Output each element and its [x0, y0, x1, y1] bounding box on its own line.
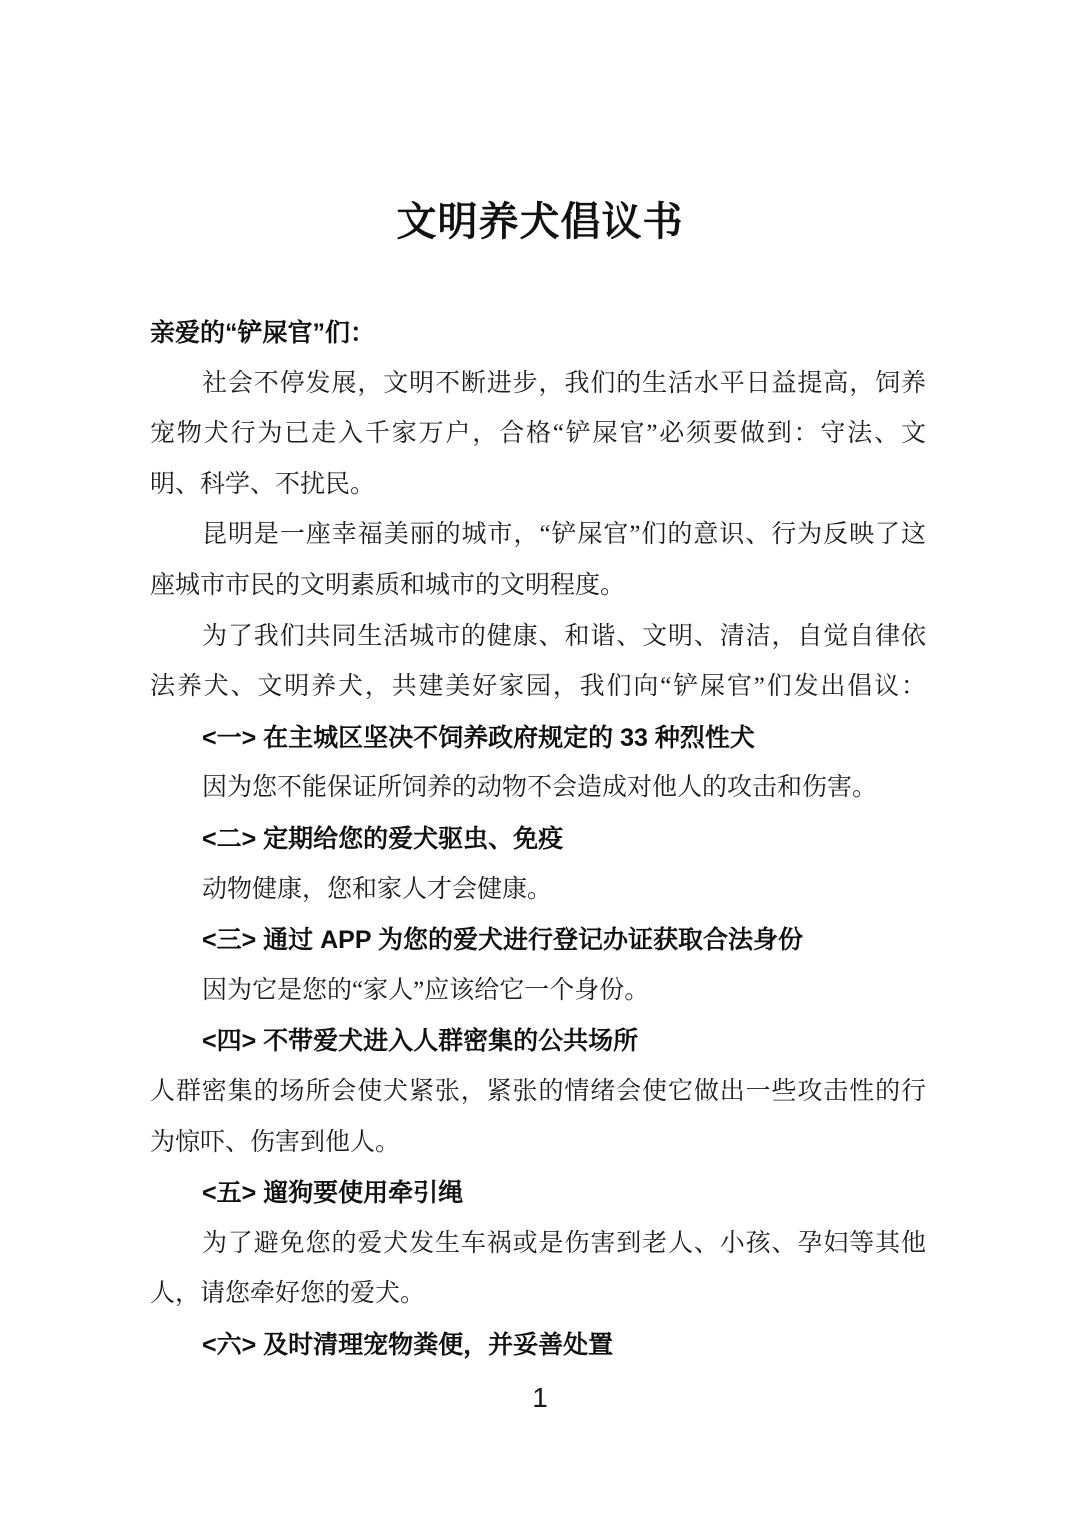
purpose-paragraph-line-2: 法养犬、文明养犬，共建美好家园，我们向“铲屎官”们发出倡议： [150, 662, 926, 713]
page-title: 文明养犬倡议书 [0, 190, 1080, 247]
intro-paragraph-line-1: 社会不停发展，文明不断进步，我们的生活水平日益提高，饲养 [150, 359, 926, 410]
proposal-4-explanation-line-1: 人群密集的场所会使犬紧张，紧张的情绪会使它做出一些攻击性的行 [150, 1067, 926, 1118]
city-paragraph-line-2: 座城市市民的文明素质和城市的文明程度。 [150, 561, 926, 612]
proposal-3-explanation: 因为它是您的“家人”应该给它一个身份。 [150, 966, 926, 1017]
proposal-heading-2: <二> 定期给您的爱犬驱虫、免疫 [150, 814, 926, 865]
proposal-5-explanation-line-1: 为了避免您的爱犬发生车祸或是伤害到老人、小孩、孕妇等其他 [150, 1219, 926, 1270]
intro-paragraph-line-2: 宠物犬行为已走入千家万户，合格“铲屎官”必须要做到：守法、文 [150, 409, 926, 460]
proposal-heading-6: <六> 及时清理宠物粪便，并妥善处置 [150, 1320, 926, 1371]
salutation-line: 亲爱的“铲屎官”们： [150, 308, 926, 359]
city-paragraph-line-1: 昆明是一座幸福美丽的城市，“铲屎官”们的意识、行为反映了这 [150, 510, 926, 561]
proposal-heading-4: <四> 不带爱犬进入人群密集的公共场所 [150, 1016, 926, 1067]
purpose-paragraph-line-1: 为了我们共同生活城市的健康、和谐、文明、清洁，自觉自律依 [150, 612, 926, 663]
document-body: 亲爱的“铲屎官”们： 社会不停发展，文明不断进步，我们的生活水平日益提高，饲养 … [150, 308, 926, 1370]
proposal-heading-3: <三> 通过 APP 为您的爱犬进行登记办证获取合法身份 [150, 915, 926, 966]
page-number: 1 [0, 1382, 1080, 1414]
document-page: 文明养犬倡议书 亲爱的“铲屎官”们： 社会不停发展，文明不断进步，我们的生活水平… [0, 0, 1080, 1527]
proposal-heading-1: <一> 在主城区坚决不饲养政府规定的 33 种烈性犬 [150, 713, 926, 764]
proposal-1-explanation: 因为您不能保证所饲养的动物不会造成对他人的攻击和伤害。 [150, 763, 926, 814]
intro-paragraph-line-3: 明、科学、不扰民。 [150, 460, 926, 511]
proposal-5-explanation-line-2: 人，请您牵好您的爱犬。 [150, 1269, 926, 1320]
proposal-2-explanation: 动物健康，您和家人才会健康。 [150, 865, 926, 916]
proposal-4-explanation-line-2: 为惊吓、伤害到他人。 [150, 1118, 926, 1169]
proposal-heading-5: <五> 遛狗要使用牵引绳 [150, 1168, 926, 1219]
